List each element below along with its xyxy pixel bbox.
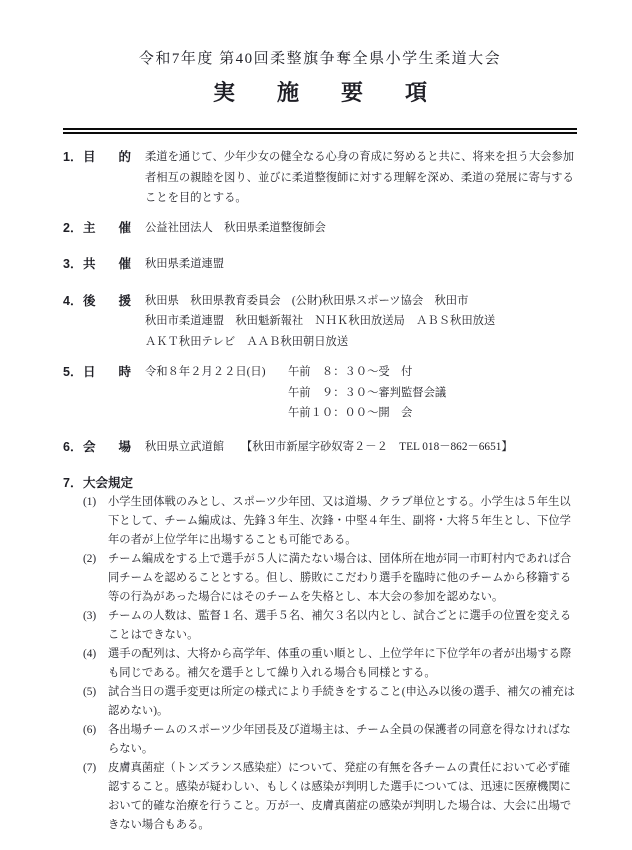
support-line: 秋田県 秋田県教育委員会 (公財)秋田県スポーツ協会 秋田市 bbox=[145, 291, 577, 312]
rule-item-number: (6) bbox=[83, 721, 108, 759]
rule-item-text: 各出場チームのスポーツ少年団長及び道場主は、チーム全員の保護者の同意を得なければ… bbox=[108, 721, 577, 759]
section-datetime-text: 令和８年２月２２日(日) 午前 ８：３０～受 付 午前 ９：３０～審判監督会議 … bbox=[145, 362, 577, 424]
section-purpose-label: 目 的 bbox=[83, 147, 131, 209]
event-schedule: 午前 ８：３０～受 付 午前 ９：３０～審判監督会議 午前１０：００～開 会 bbox=[288, 362, 446, 424]
rule-item-number: (1) bbox=[83, 493, 108, 550]
rule-item-number: (7) bbox=[83, 759, 108, 835]
section-venue-label: 会 場 bbox=[83, 437, 131, 458]
section-support-heading: 4． 後 援 bbox=[63, 291, 145, 353]
section-rules: 7． 大会規定 (1) 小学生団体戦のみとし、スポーツ少年団、又は道場、クラブ単… bbox=[63, 473, 577, 835]
section-cohost-number: 3． bbox=[63, 254, 83, 275]
section-datetime: 5． 日 時 令和８年２月２２日(日) 午前 ８：３０～受 付 午前 ９：３０～… bbox=[63, 362, 577, 424]
document-body: 1． 目 的 柔道を通じて、少年少女の健全なる心身の育成に努めると共に、将来を担… bbox=[63, 147, 577, 835]
section-purpose-heading: 1． 目 的 bbox=[63, 147, 145, 209]
rule-item: (1) 小学生団体戦のみとし、スポーツ少年団、又は道場、クラブ単位とする。小学生… bbox=[83, 493, 577, 550]
section-support: 4． 後 援 秋田県 秋田県教育委員会 (公財)秋田県スポーツ協会 秋田市 秋田… bbox=[63, 291, 577, 353]
section-datetime-heading: 5． 日 時 bbox=[63, 362, 145, 424]
rule-item-number: (2) bbox=[83, 550, 108, 607]
section-host-label: 主 催 bbox=[83, 218, 131, 239]
section-datetime-label: 日 時 bbox=[83, 362, 131, 424]
rule-item-text: 小学生団体戦のみとし、スポーツ少年団、又は道場、クラブ単位とする。小学生は５年生… bbox=[108, 493, 577, 550]
section-rules-heading: 7． 大会規定 bbox=[63, 473, 577, 493]
rule-item: (4) 選手の配列は、大将から高学年、体重の重い順とし、上位学年に下位学年の者が… bbox=[83, 645, 577, 683]
document-title: 令和7年度 第40回柔整旗争奪全県小学生柔道大会 bbox=[63, 48, 577, 70]
section-support-text: 秋田県 秋田県教育委員会 (公財)秋田県スポーツ協会 秋田市 秋田市柔道連盟 秋… bbox=[145, 291, 577, 353]
rule-item: (7) 皮膚真菌症（トンズランス感染症）について、発症の有無を各チームの責任にお… bbox=[83, 759, 577, 835]
section-support-label: 後 援 bbox=[83, 291, 131, 353]
section-venue: 6． 会 場 秋田県立武道館 【秋田市新屋字砂奴寄２－２ TEL 018－862… bbox=[63, 437, 577, 458]
section-host-text: 公益社団法人 秋田県柔道整復師会 bbox=[145, 218, 577, 239]
section-datetime-number: 5． bbox=[63, 362, 83, 424]
title-divider-rule bbox=[63, 128, 577, 134]
rule-item: (3) チームの人数は、監督１名、選手５名、補欠３名以内とし、試合ごとに選手の位… bbox=[83, 607, 577, 645]
rule-item: (5) 試合当日の選手変更は所定の様式により手続きをすること(申込み以後の選手、… bbox=[83, 683, 577, 721]
schedule-line: 午前 ９：３０～審判監督会議 bbox=[288, 383, 446, 404]
section-rules-label: 大会規定 bbox=[83, 473, 133, 493]
section-venue-number: 6． bbox=[63, 437, 83, 458]
section-cohost-text: 秋田県柔道連盟 bbox=[145, 254, 577, 275]
support-line: ＡＫＴ秋田テレビ ＡＡＢ秋田朝日放送 bbox=[145, 332, 577, 353]
rules-list: (1) 小学生団体戦のみとし、スポーツ少年団、又は道場、クラブ単位とする。小学生… bbox=[83, 493, 577, 835]
rule-item: (6) 各出場チームのスポーツ少年団長及び道場主は、チーム全員の保護者の同意を得… bbox=[83, 721, 577, 759]
section-support-number: 4． bbox=[63, 291, 83, 353]
section-rules-number: 7． bbox=[63, 473, 83, 493]
section-cohost-label: 共 催 bbox=[83, 254, 131, 275]
rule-item-number: (3) bbox=[83, 607, 108, 645]
document-header: 令和7年度 第40回柔整旗争奪全県小学生柔道大会 実施要項 bbox=[63, 48, 577, 108]
rule-item-text: 皮膚真菌症（トンズランス感染症）について、発症の有無を各チームの責任において必ず… bbox=[108, 759, 577, 835]
section-purpose-text: 柔道を通じて、少年少女の健全なる心身の育成に努めると共に、将来を担う大会参加者相… bbox=[145, 147, 577, 209]
rule-item: (2) チーム編成をする上で選手が５人に満たない場合は、団体所在地が同一市町村内… bbox=[83, 550, 577, 607]
rule-item-text: チームの人数は、監督１名、選手５名、補欠３名以内とし、試合ごとに選手の位置を変え… bbox=[108, 607, 577, 645]
section-cohost-heading: 3． 共 催 bbox=[63, 254, 145, 275]
section-purpose: 1． 目 的 柔道を通じて、少年少女の健全なる心身の育成に努めると共に、将来を担… bbox=[63, 147, 577, 209]
rule-item-text: 試合当日の選手変更は所定の様式により手続きをすること(申込み以後の選手、補欠の補… bbox=[108, 683, 577, 721]
section-venue-text: 秋田県立武道館 【秋田市新屋字砂奴寄２－２ TEL 018－862－6651】 bbox=[145, 437, 577, 458]
section-host: 2． 主 催 公益社団法人 秋田県柔道整復師会 bbox=[63, 218, 577, 239]
rule-item-number: (5) bbox=[83, 683, 108, 721]
rule-item-text: 選手の配列は、大将から高学年、体重の重い順とし、上位学年に下位学年の者が出場する… bbox=[108, 645, 577, 683]
section-venue-heading: 6． 会 場 bbox=[63, 437, 145, 458]
document-page: 令和7年度 第40回柔整旗争奪全県小学生柔道大会 実施要項 1． 目 的 柔道を… bbox=[0, 0, 632, 850]
support-line: 秋田市柔道連盟 秋田魁新報社 ＮＨＫ秋田放送局 ＡＢＳ秋田放送 bbox=[145, 311, 577, 332]
schedule-line: 午前 ８：３０～受 付 bbox=[288, 362, 446, 383]
rule-item-text: チーム編成をする上で選手が５人に満たない場合は、団体所在地が同一市町村内であれば… bbox=[108, 550, 577, 607]
section-cohost: 3． 共 催 秋田県柔道連盟 bbox=[63, 254, 577, 275]
section-host-heading: 2． 主 催 bbox=[63, 218, 145, 239]
document-subtitle: 実施要項 bbox=[63, 78, 577, 108]
schedule-line: 午前１０：００～開 会 bbox=[288, 403, 446, 424]
event-date: 令和８年２月２２日(日) bbox=[145, 362, 288, 424]
section-purpose-number: 1． bbox=[63, 147, 83, 209]
section-host-number: 2． bbox=[63, 218, 83, 239]
rule-item-number: (4) bbox=[83, 645, 108, 683]
